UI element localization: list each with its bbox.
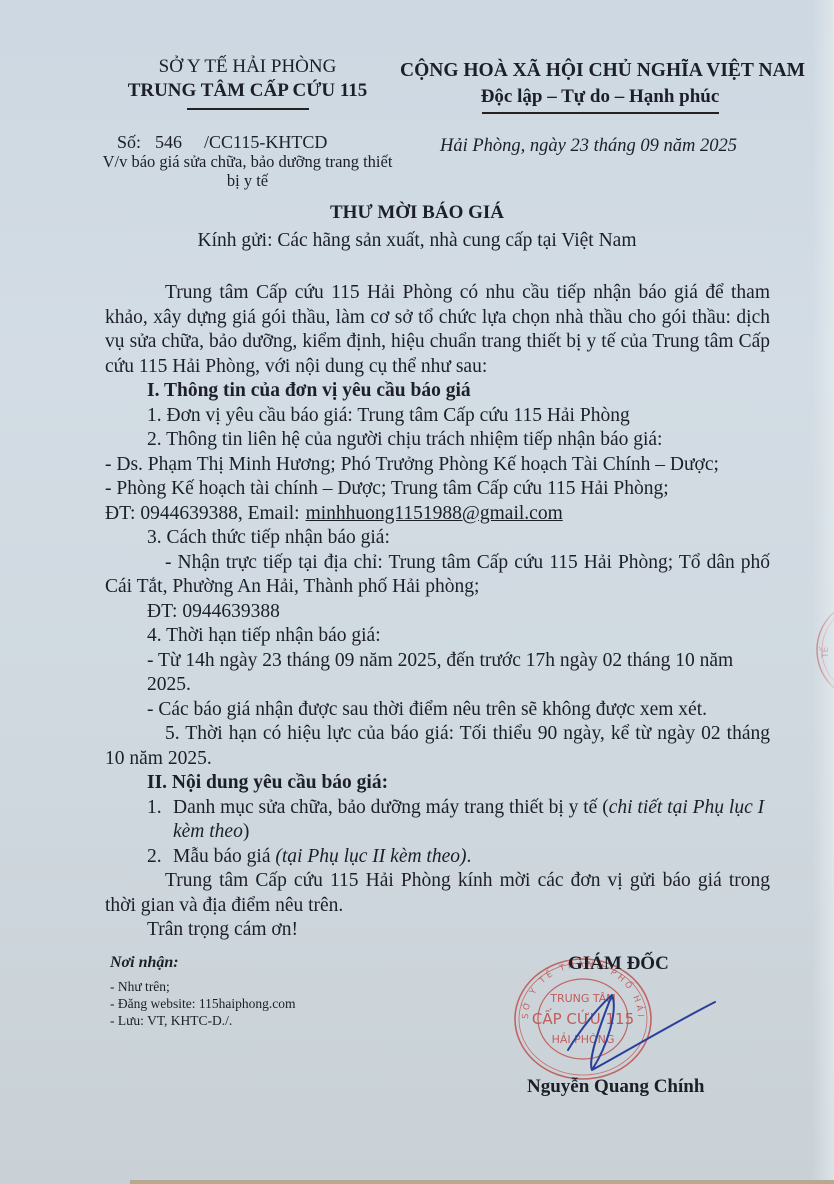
recipients-list: - Như trên; - Đăng website: 115haiphong.… [110, 978, 295, 1029]
document-body: Trung tâm Cấp cứu 115 Hải Phòng có nhu c… [105, 281, 770, 943]
number-suffix: /CC115-KHTCD [204, 132, 327, 152]
contact-person: - Ds. Phạm Thị Minh Hương; Phó Trưởng Ph… [105, 453, 770, 478]
national-heading: CỘNG HOÀ XÃ HỘI CHỦ NGHĨA VIỆT NAM Độc l… [400, 58, 800, 114]
paper-edge-shading [812, 0, 834, 1184]
submission-deadline: - Từ 14h ngày 23 tháng 09 năm 2025, đến … [105, 649, 770, 698]
section-1-item-4: 4. Thời hạn tiếp nhận báo giá: [105, 624, 770, 649]
section-2-item: 2. Mẫu báo giá (tại Phụ lục II kèm theo)… [105, 845, 770, 870]
section-1-item-2: 2. Thông tin liên hệ của người chịu trác… [105, 428, 770, 453]
section-1-item-5: 5. Thời hạn có hiệu lực của báo giá: Tối… [105, 722, 770, 771]
table-surface-edge [130, 1180, 834, 1184]
national-motto: Độc lập – Tự do – Hạnh phúc [400, 84, 800, 110]
delivery-phone: ĐT: 0944639388 [105, 600, 770, 625]
section-1-item-1: 1. Đơn vị yêu cầu báo giá: Trung tâm Cấp… [105, 404, 770, 429]
recipient-item: - Lưu: VT, KHTC-D./. [110, 1012, 295, 1029]
number-value: 546 [155, 132, 182, 152]
recipient-item: - Như trên; [110, 978, 295, 995]
document-subject: V/v báo giá sửa chữa, bảo dưỡng trang th… [100, 152, 395, 190]
section-1-heading: I. Thông tin của đơn vị yêu cầu báo giá [105, 379, 770, 404]
late-submission-note: - Các báo giá nhận được sau thời điểm nê… [105, 698, 770, 723]
contact-phone-email: ĐT: 0944639388, Email:minhhuong1151988@g… [105, 502, 770, 527]
issuer-underline [187, 108, 309, 110]
signer-title: GIÁM ĐỐC [568, 953, 669, 975]
agency-name: SỞ Y TẾ HẢI PHÒNG [100, 55, 395, 79]
email-link[interactable]: minhhuong1151988@gmail.com [306, 503, 563, 524]
recipients-label: Nơi nhận: [110, 954, 179, 972]
delivery-address: - Nhận trực tiếp tại địa chỉ: Trung tâm … [105, 551, 770, 600]
section-2-heading: II. Nội dung yêu cầu báo giá: [105, 771, 770, 796]
organization-name: TRUNG TÂM CẤP CỨU 115 [100, 79, 395, 103]
phone-email-label: ĐT: 0944639388, Email: [105, 503, 300, 524]
thanks-line: Trân trọng cám ơn! [105, 918, 770, 943]
recipient-item: - Đăng website: 115haiphong.com [110, 995, 295, 1012]
document-number: Số:546/CC115-KHTCD [117, 132, 327, 153]
closing-paragraph: Trung tâm Cấp cứu 115 Hải Phòng kính mời… [105, 869, 770, 918]
document-title: THƯ MỜI BÁO GIÁ [0, 202, 834, 224]
document-page: SỞ Y TẾ HẢI PHÒNG TRUNG TÂM CẤP CỨU 115 … [0, 0, 834, 1184]
section-2-item: 1. Danh mục sửa chữa, bảo dưỡng máy tran… [105, 796, 770, 845]
number-label: Số: [117, 132, 141, 152]
intro-paragraph: Trung tâm Cấp cứu 115 Hải Phòng có nhu c… [105, 281, 770, 379]
issuer-block: SỞ Y TẾ HẢI PHÒNG TRUNG TÂM CẤP CỨU 115 [100, 55, 395, 110]
contact-department: - Phòng Kế hoạch tài chính – Dược; Trung… [105, 477, 770, 502]
section-1-item-3: 3. Cách thức tiếp nhận báo giá: [105, 526, 770, 551]
country-name: CỘNG HOÀ XÃ HỘI CHỦ NGHĨA VIỆT NAM [400, 58, 800, 84]
motto-underline [482, 112, 719, 114]
document-date: Hải Phòng, ngày 23 tháng 09 năm 2025 [440, 136, 737, 157]
handwritten-signature-icon [560, 990, 720, 1080]
recipient-line: Kính gửi: Các hãng sản xuất, nhà cung cấ… [0, 230, 834, 252]
